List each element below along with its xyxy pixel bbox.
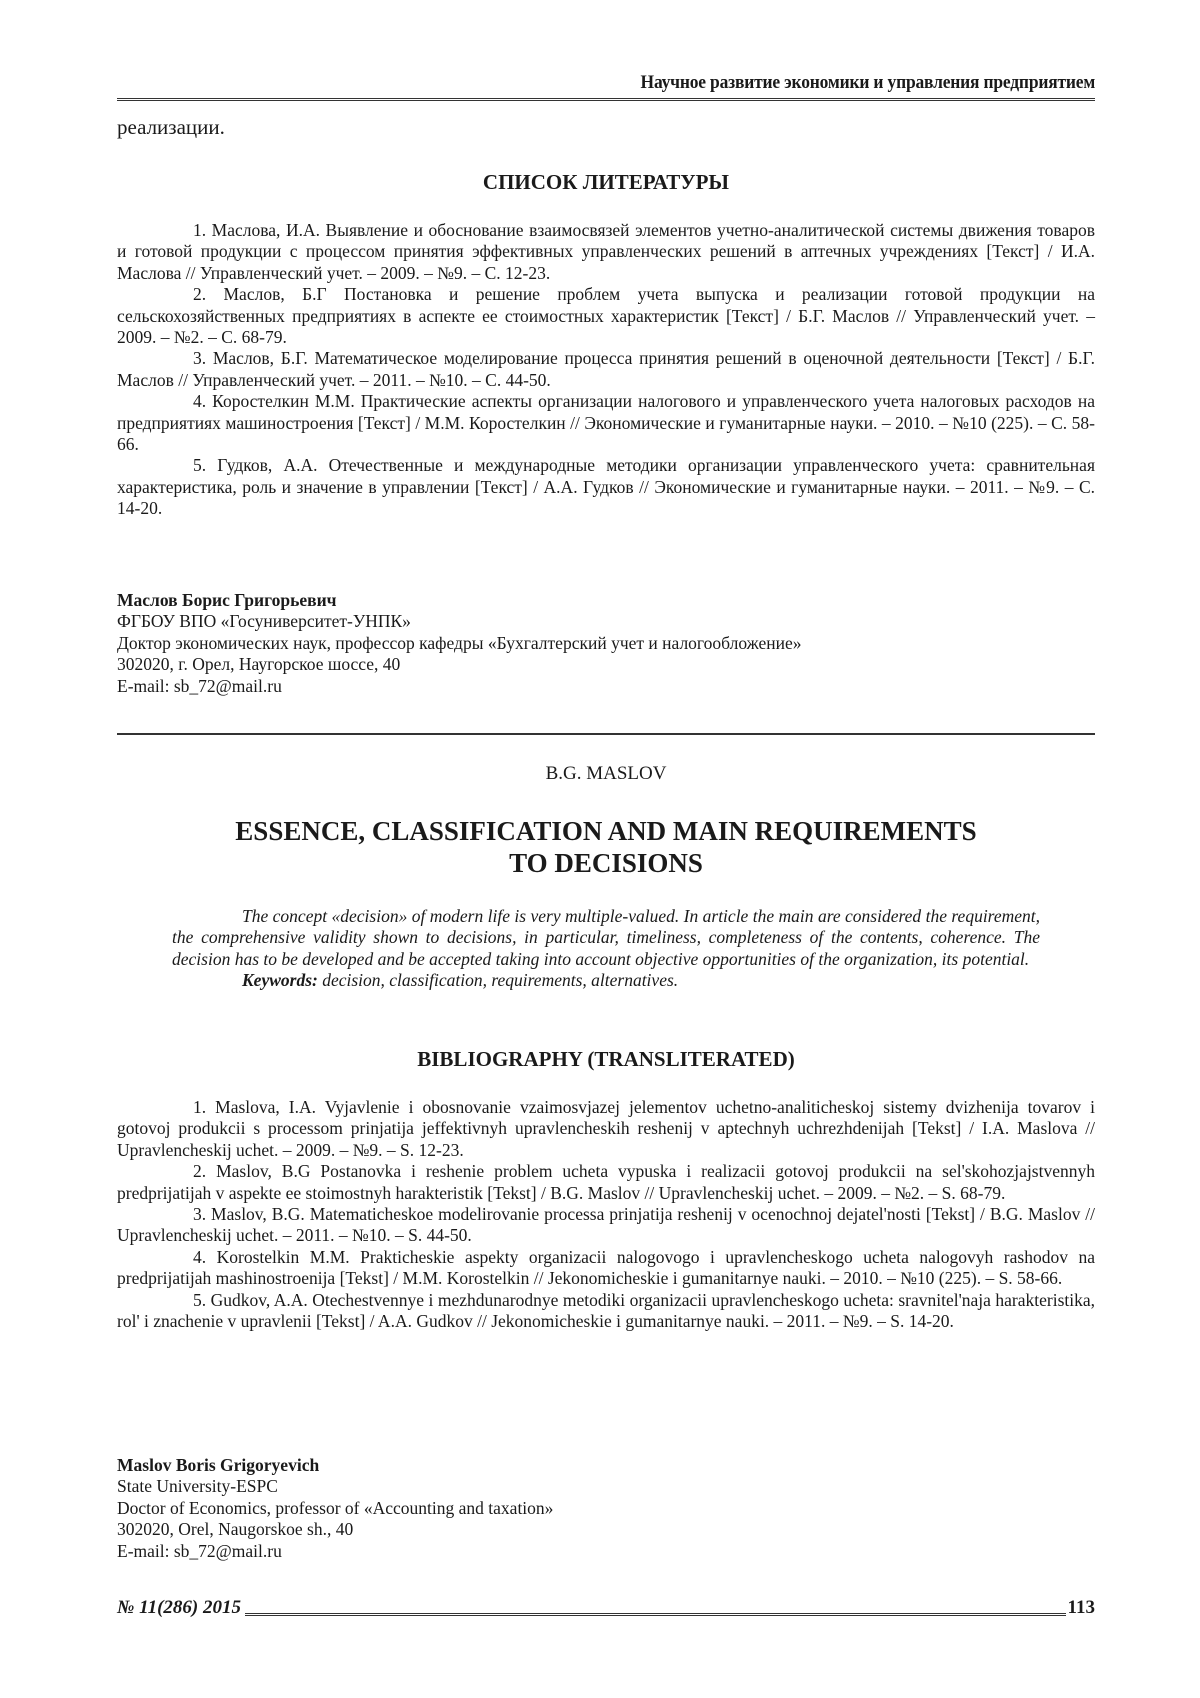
- en-references-list: 1. Maslova, I.A. Vyjavlenie i obosnovani…: [117, 1097, 1095, 1332]
- abstract-text: The concept «decision» of modern life is…: [172, 906, 1040, 970]
- reference-item: 1. Maslova, I.A. Vyjavlenie i obosnovani…: [117, 1097, 1095, 1161]
- reference-item: 3. Maslov, B.G. Matematicheskoe modeliro…: [117, 1204, 1095, 1247]
- running-header: Научное развитие экономики и управления …: [117, 72, 1095, 101]
- author-email: E-mail: sb_72@mail.ru: [117, 1541, 553, 1562]
- reference-item: 1. Маслова, И.А. Выявление и обоснование…: [117, 220, 1095, 284]
- author-organization: ФГБОУ ВПО «Госуниверситет-УНПК»: [117, 611, 802, 632]
- author-address: 302020, Orel, Naugorskoe sh., 40: [117, 1519, 553, 1540]
- en-article-author: B.G. MASLOV: [117, 763, 1095, 785]
- keywords-line: Keywords: decision, classification, requ…: [172, 970, 1040, 991]
- reference-item: 2. Maslov, B.G Postanovka i reshenie pro…: [117, 1161, 1095, 1204]
- ru-author-info: Маслов Борис Григорьевич ФГБОУ ВПО «Госу…: [117, 590, 802, 697]
- author-name: Maslov Boris Grigoryevich: [117, 1455, 553, 1476]
- en-bibliography-heading: BIBLIOGRAPHY (TRANSLITERATED): [117, 1047, 1095, 1072]
- reference-item: 2. Маслов, Б.Г Постановка и решение проб…: [117, 284, 1095, 348]
- continuation-text: реализации.: [117, 115, 225, 140]
- keywords-label: Keywords:: [242, 970, 318, 990]
- footer-rule: [245, 1613, 1066, 1616]
- section-divider: [117, 733, 1095, 735]
- reference-item: 5. Gudkov, A.A. Otechestvennye i mezhdun…: [117, 1290, 1095, 1333]
- reference-item: 4. Коростелкин М.М. Практические аспекты…: [117, 391, 1095, 455]
- author-organization: State University-ESPC: [117, 1476, 553, 1497]
- reference-item: 5. Гудков, А.А. Отечественные и междунар…: [117, 455, 1095, 519]
- author-address: 302020, г. Орел, Наугорское шоссе, 40: [117, 654, 802, 675]
- en-article-title: ESSENCE, CLASSIFICATION AND MAIN REQUIRE…: [117, 815, 1095, 879]
- ru-references-list: 1. Маслова, И.А. Выявление и обоснование…: [117, 220, 1095, 520]
- issue-number: № 11(286) 2015: [117, 1597, 241, 1619]
- journal-title: Научное развитие экономики и управления …: [640, 72, 1095, 94]
- en-author-info: Maslov Boris Grigoryevich State Universi…: [117, 1455, 553, 1562]
- ru-references-heading: СПИСОК ЛИТЕРАТУРЫ: [117, 170, 1095, 195]
- page-number: 113: [1068, 1597, 1095, 1619]
- author-position: Доктор экономических наук, профессор каф…: [117, 633, 802, 654]
- author-name: Маслов Борис Григорьевич: [117, 590, 802, 611]
- en-title-line-2: TO DECISIONS: [117, 847, 1095, 879]
- page-footer: № 11(286) 2015 113: [117, 1595, 1095, 1619]
- reference-item: 3. Маслов, Б.Г. Математическое моделиров…: [117, 348, 1095, 391]
- keywords-text: decision, classification, requirements, …: [318, 970, 678, 990]
- author-position: Doctor of Economics, professor of «Accou…: [117, 1498, 553, 1519]
- reference-item: 4. Korostelkin M.M. Prakticheskie aspekt…: [117, 1247, 1095, 1290]
- author-email: E-mail: sb_72@mail.ru: [117, 676, 802, 697]
- abstract: The concept «decision» of modern life is…: [172, 906, 1040, 992]
- en-title-line-1: ESSENCE, CLASSIFICATION AND MAIN REQUIRE…: [117, 815, 1095, 847]
